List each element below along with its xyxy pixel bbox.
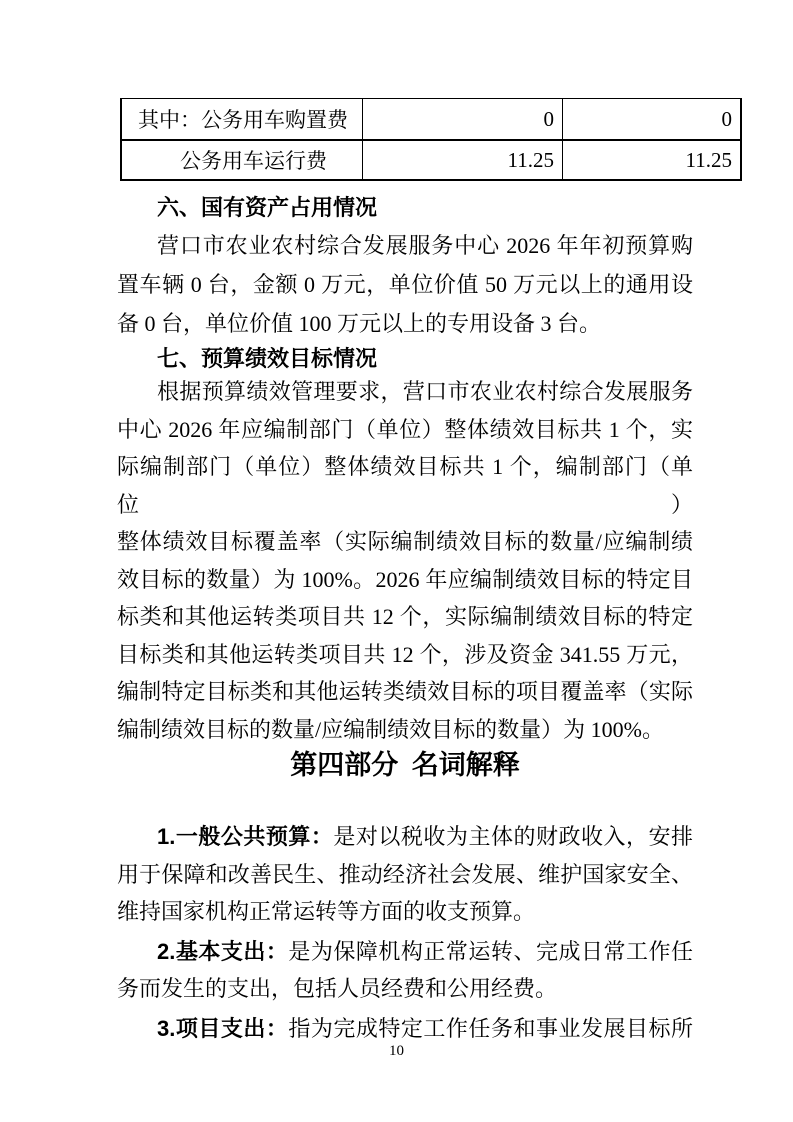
section-heading-7: 七、预算绩效目标情况 (117, 345, 693, 373)
table-row: 其中：公务用车购置费 0 0 (121, 99, 741, 141)
paragraph-line: 备 0 台，单位价值 100 万元以上的专用设备 3 台。 (117, 304, 693, 343)
definition-2: 2.基本支出：是为保障机构正常运转、完成日常工作任 务而发生的支出，包括人员经费… (117, 933, 693, 1008)
paragraph-line: 务而发生的支出，包括人员经费和公用经费。 (117, 970, 693, 1008)
definition-term: 1.一般公共预算： (157, 824, 333, 849)
definition-text: 指为完成特定工作任务和事业发展目标所 (288, 1016, 693, 1041)
paragraph-line: 营口市农业农村综合发展服务中心 2026 年年初预算购 (117, 226, 693, 265)
section-heading-6: 六、国有资产占用情况 (117, 194, 693, 222)
paragraph-line: 编制绩效目标的数量/应编制绩效目标的数量）为 100%。 (117, 711, 693, 749)
budget-table: 其中：公务用车购置费 0 0 公务用车运行费 11.25 11.25 (120, 98, 742, 181)
section-7-paragraph: 根据预算绩效管理要求，营口市农业农村综合发展服务 中心 2026 年应编制部门（… (117, 373, 693, 748)
paragraph-line: 用于保障和改善民生、推动经济社会发展、维护国家安全、 (117, 856, 693, 894)
document-content: 其中：公务用车购置费 0 0 公务用车运行费 11.25 11.25 六、国有资… (0, 98, 793, 1047)
definition-first-line: 1.一般公共预算：是对以税收为主体的财政收入，安排 (117, 818, 693, 856)
document-page: 其中：公务用车购置费 0 0 公务用车运行费 11.25 11.25 六、国有资… (0, 0, 793, 1122)
paragraph-line: 整体绩效目标覆盖率（实际编制绩效目标的数量/应编制绩 (117, 523, 693, 561)
definition-term: 3.项目支出： (157, 1016, 288, 1041)
paragraph-line: 标类和其他运转类项目共 12 个，实际编制绩效目标的特定 (117, 598, 693, 636)
paragraph-line: 根据预算绩效管理要求，营口市农业农村综合发展服务 (117, 373, 693, 411)
section-6-paragraph: 营口市农业农村综合发展服务中心 2026 年年初预算购 置车辆 0 台，金额 0… (117, 226, 693, 343)
definitions: 1.一般公共预算：是对以税收为主体的财政收入，安排 用于保障和改善民生、推动经济… (117, 818, 693, 1047)
page-number: 10 (0, 1043, 793, 1060)
paragraph-line: 际编制部门（单位）整体绩效目标共 1 个，编制部门（单位） (117, 448, 693, 523)
table-cell-label: 其中：公务用车购置费 (121, 99, 363, 141)
table-cell-label: 公务用车运行费 (121, 140, 363, 180)
definition-3: 3.项目支出：指为完成特定工作任务和事业发展目标所 (117, 1010, 693, 1048)
paragraph-line: 编制特定目标类和其他运转类绩效目标的项目覆盖率（实际 (117, 673, 693, 711)
paragraph-line: 目标类和其他运转类项目共 12 个，涉及资金 341.55 万元， (117, 636, 693, 674)
table-row: 公务用车运行费 11.25 11.25 (121, 140, 741, 180)
definition-term: 2.基本支出： (157, 939, 288, 964)
definition-text: 是对以税收为主体的财政收入，安排 (333, 824, 693, 849)
table-cell-value: 0 (563, 99, 742, 141)
table-cell-value: 11.25 (363, 140, 563, 180)
definition-text: 是为保障机构正常运转、完成日常工作任 (288, 939, 693, 964)
paragraph-line: 中心 2026 年应编制部门（单位）整体绩效目标共 1 个，实 (117, 411, 693, 449)
part-4-title: 第四部分 名词解释 (117, 748, 693, 782)
paragraph-line: 置车辆 0 台，金额 0 万元，单位价值 50 万元以上的通用设 (117, 265, 693, 304)
table-cell-value: 0 (363, 99, 563, 141)
table-cell-value: 11.25 (563, 140, 742, 180)
definition-1: 1.一般公共预算：是对以税收为主体的财政收入，安排 用于保障和改善民生、推动经济… (117, 818, 693, 931)
paragraph-line: 维持国家机构正常运转等方面的收支预算。 (117, 893, 693, 931)
paragraph-line: 效目标的数量）为 100%。2026 年应编制绩效目标的特定目 (117, 561, 693, 599)
definition-first-line: 2.基本支出：是为保障机构正常运转、完成日常工作任 (117, 933, 693, 971)
definition-first-line: 3.项目支出：指为完成特定工作任务和事业发展目标所 (117, 1010, 693, 1048)
